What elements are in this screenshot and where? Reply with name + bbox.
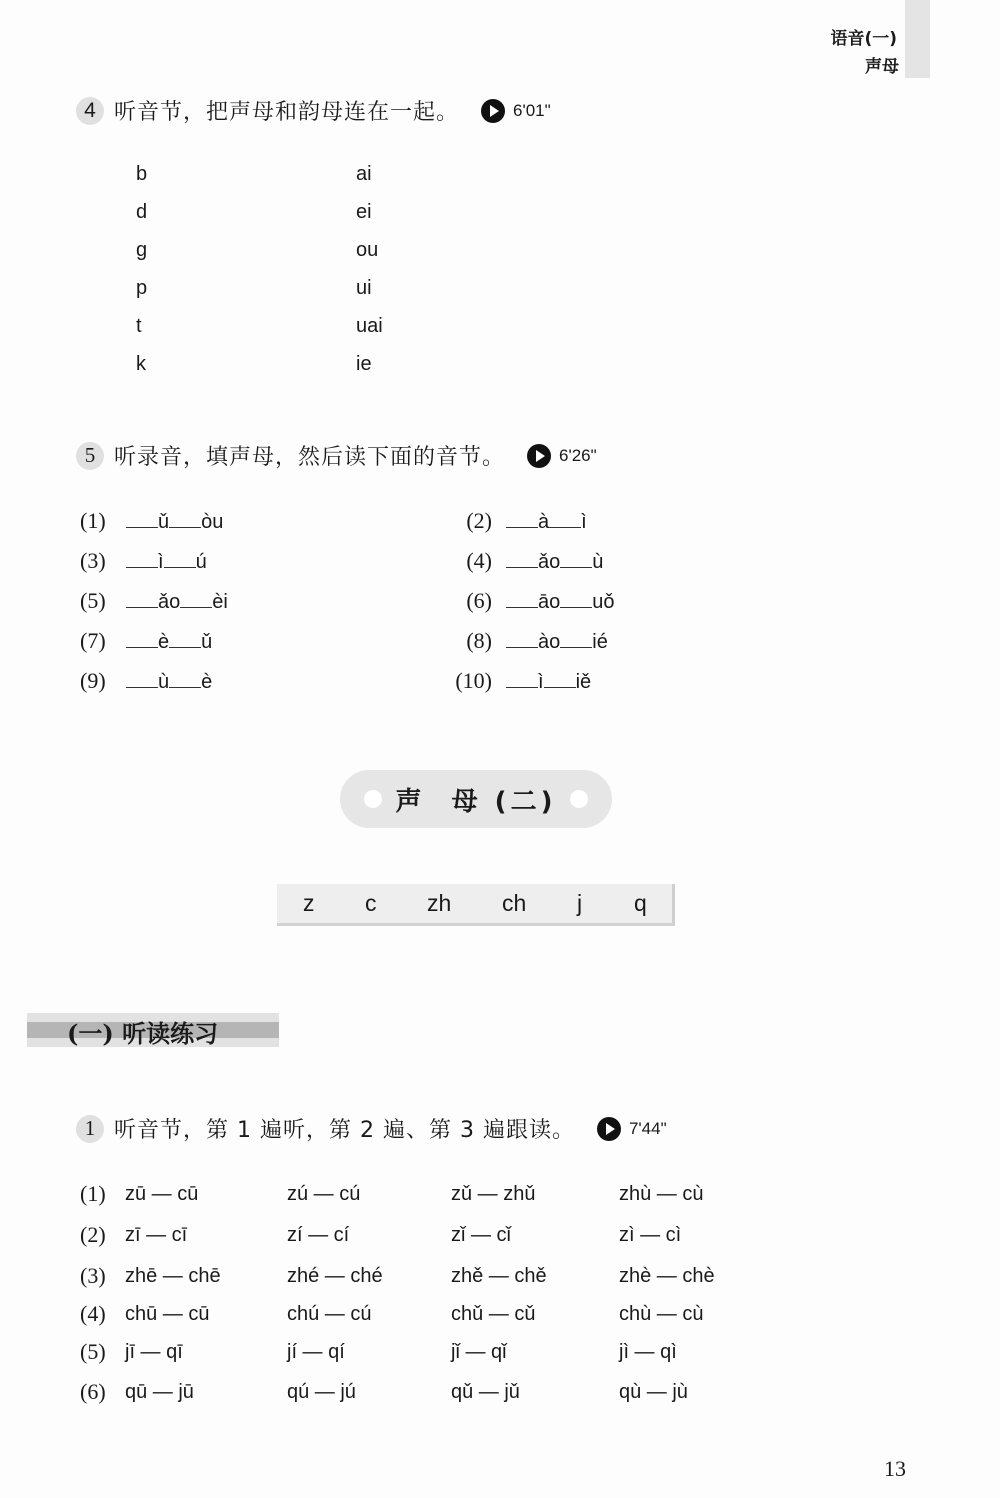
fill-item-8: (8) àoié	[446, 628, 608, 654]
exercise-number-badge: 5	[76, 442, 104, 470]
syllable-part: ì	[158, 551, 164, 574]
syllable-part: ì	[581, 511, 587, 534]
blank-input[interactable]	[169, 687, 201, 688]
section-title: 声 母 (二)	[396, 781, 557, 818]
initial-item[interactable]: g	[136, 239, 147, 262]
syllable-part: ào	[538, 631, 560, 654]
play-icon[interactable]	[481, 99, 505, 123]
audio-timestamp: 7'44"	[629, 1119, 667, 1139]
blank-input[interactable]	[126, 607, 158, 608]
syllable-pair: zhě — chě	[451, 1265, 547, 1288]
fill-item-2: (2) àì	[446, 508, 587, 534]
final-item[interactable]: ai	[356, 163, 372, 186]
blank-input[interactable]	[126, 527, 158, 528]
blank-input[interactable]	[169, 527, 201, 528]
initial-item[interactable]: b	[136, 163, 147, 186]
syllable-pair: zhé — ché	[287, 1265, 383, 1288]
syllable-part: iě	[576, 671, 592, 694]
exercise-instruction: 听音节，把声母和韵母连在一起。	[114, 95, 459, 126]
item-label: (5)	[80, 588, 126, 614]
syllable-pair: zú — cú	[287, 1183, 360, 1206]
blank-input[interactable]	[506, 527, 538, 528]
item-label: (1)	[80, 508, 126, 534]
initial-q: q	[634, 890, 647, 917]
exercise-4-heading: 4 听音节，把声母和韵母连在一起。 6'01"	[76, 95, 551, 126]
audio-track[interactable]: 7'44"	[597, 1117, 667, 1141]
syllable-pair: qū — jū	[125, 1381, 194, 1404]
syllable-part: ǎo	[538, 551, 560, 574]
syllable-part: ié	[592, 631, 608, 654]
blank-input[interactable]	[506, 687, 538, 688]
blank-input[interactable]	[560, 607, 592, 608]
syllable-part: ǔ	[158, 511, 169, 534]
row-label: (4)	[80, 1301, 106, 1327]
final-item[interactable]: ou	[356, 239, 378, 262]
row-label: (6)	[80, 1379, 106, 1405]
exercise-1-heading: 1 听音节，第 1 遍听，第 2 遍、第 3 遍跟读。 7'44"	[76, 1113, 667, 1144]
exercise-5-heading: 5 听录音，填声母，然后读下面的音节。 6'26"	[76, 440, 597, 471]
fill-item-10: (10) ìiě	[446, 668, 591, 694]
syllable-pair: qú — jú	[287, 1381, 356, 1404]
play-icon[interactable]	[597, 1117, 621, 1141]
blank-input[interactable]	[560, 647, 592, 648]
syllable-pair: jì — qì	[619, 1341, 677, 1364]
syllable-part: ì	[538, 671, 544, 694]
syllable-pair: qù — jù	[619, 1381, 688, 1404]
row-label: (1)	[80, 1181, 106, 1207]
play-icon[interactable]	[527, 444, 551, 468]
final-item[interactable]: uai	[356, 315, 383, 338]
subsection-heading: (一) 听读练习	[27, 1013, 279, 1047]
syllable-pair: jī — qī	[125, 1341, 183, 1364]
row-label: (3)	[80, 1263, 106, 1289]
blank-input[interactable]	[164, 567, 196, 568]
item-label: (3)	[80, 548, 126, 574]
chapter-side-tab	[905, 0, 930, 78]
fill-item-7: (7) èǔ	[80, 628, 212, 654]
exercise-instruction: 听音节，第 1 遍听，第 2 遍、第 3 遍跟读。	[114, 1113, 575, 1144]
syllable-pair: zī — cī	[125, 1224, 187, 1247]
section-banner: 声 母 (二)	[340, 770, 612, 828]
running-header-chapter: 语音(一)	[830, 24, 897, 49]
item-label: (6)	[446, 588, 492, 614]
blank-input[interactable]	[506, 567, 538, 568]
blank-input[interactable]	[126, 567, 158, 568]
row-label: (2)	[80, 1222, 106, 1248]
syllable-pair: zí — cí	[287, 1224, 349, 1247]
exercise-number-badge: 1	[76, 1115, 104, 1143]
blank-input[interactable]	[506, 647, 538, 648]
syllable-pair: zì — cì	[619, 1224, 681, 1247]
syllable-part: ù	[158, 671, 169, 694]
syllable-pair: chū — cū	[125, 1303, 209, 1326]
syllable-pair: chú — cú	[287, 1303, 371, 1326]
blank-input[interactable]	[126, 647, 158, 648]
row-label: (5)	[80, 1339, 106, 1365]
syllable-part: à	[538, 511, 549, 534]
fill-item-9: (9) ùè	[80, 668, 212, 694]
item-label: (2)	[446, 508, 492, 534]
item-label: (4)	[446, 548, 492, 574]
initial-item[interactable]: p	[136, 277, 147, 300]
initial-item[interactable]: d	[136, 201, 147, 224]
fill-item-4: (4) ǎoù	[446, 548, 603, 574]
syllable-part: ù	[592, 551, 603, 574]
audio-timestamp: 6'01"	[513, 101, 551, 121]
syllable-pair: qǔ — jǔ	[451, 1381, 520, 1404]
syllable-pair: zhē — chē	[125, 1265, 221, 1288]
syllable-pair: chù — cù	[619, 1303, 703, 1326]
syllable-part: è	[201, 671, 212, 694]
audio-track[interactable]: 6'26"	[527, 444, 597, 468]
syllable-pair: zhè — chè	[619, 1265, 715, 1288]
blank-input[interactable]	[169, 647, 201, 648]
fill-item-3: (3) ìú	[80, 548, 207, 574]
item-label: (8)	[446, 628, 492, 654]
syllable-pair: zhù — cù	[619, 1183, 703, 1206]
syllable-pair: chǔ — cǔ	[451, 1303, 535, 1326]
syllable-part: è	[158, 631, 169, 654]
item-label: (10)	[446, 668, 492, 694]
blank-input[interactable]	[126, 687, 158, 688]
syllable-part: ǎo	[158, 591, 180, 614]
initial-item[interactable]: k	[136, 353, 146, 376]
final-item[interactable]: ie	[356, 353, 372, 376]
exercise-instruction: 听录音，填声母，然后读下面的音节。	[114, 440, 505, 471]
syllable-part: ú	[196, 551, 207, 574]
syllable-part: òu	[201, 511, 223, 534]
syllable-part: āo	[538, 591, 560, 614]
final-item[interactable]: ui	[356, 277, 372, 300]
item-label: (7)	[80, 628, 126, 654]
audio-track[interactable]: 6'01"	[481, 99, 551, 123]
syllable-pair: jǐ — qǐ	[451, 1341, 507, 1364]
initial-zh: zh	[427, 890, 451, 917]
syllable-pair: zǐ — cǐ	[451, 1224, 511, 1247]
syllable-part: èi	[212, 591, 228, 614]
syllable-pair: zǔ — zhǔ	[451, 1183, 535, 1206]
blank-input[interactable]	[549, 527, 581, 528]
subsection-title: (一) 听读练习	[67, 1014, 218, 1049]
initial-j: j	[577, 890, 582, 917]
final-item[interactable]: ei	[356, 201, 372, 224]
fill-item-1: (1) ǔòu	[80, 508, 223, 534]
running-header-topic: 声母	[865, 52, 899, 77]
blank-input[interactable]	[544, 687, 576, 688]
syllable-pair: zū — cū	[125, 1183, 198, 1206]
page-number: 13	[884, 1456, 906, 1482]
syllable-pair: jí — qí	[287, 1341, 345, 1364]
audio-timestamp: 6'26"	[559, 446, 597, 466]
fill-item-5: (5) ǎoèi	[80, 588, 228, 614]
initial-c: c	[365, 890, 377, 917]
exercise-number-badge: 4	[76, 97, 104, 125]
syllable-part: ǔ	[201, 631, 212, 654]
initial-z: z	[303, 890, 315, 917]
blank-input[interactable]	[506, 607, 538, 608]
banner-dot-decoration	[570, 790, 588, 808]
blank-input[interactable]	[180, 607, 212, 608]
initials-bar: z c zh ch j q	[277, 884, 675, 926]
syllable-part: uǒ	[592, 591, 614, 614]
banner-dot-decoration	[364, 790, 382, 808]
fill-item-6: (6) āouǒ	[446, 588, 615, 614]
initial-item[interactable]: t	[136, 315, 142, 338]
initial-ch: ch	[502, 890, 526, 917]
blank-input[interactable]	[560, 567, 592, 568]
item-label: (9)	[80, 668, 126, 694]
